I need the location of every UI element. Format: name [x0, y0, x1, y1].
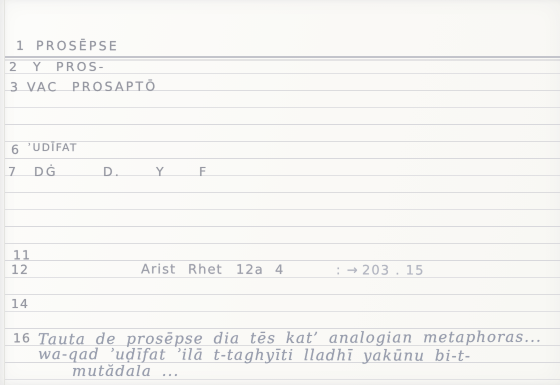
card-row-line-3: 3VACPROSAPTŌ — [0, 77, 560, 97]
card-row-line-12: 12AristRhet12a4: →203 . 15 — [0, 262, 560, 281]
line-number: 6 — [11, 142, 20, 157]
card-row-line-7: 7DĠD.YF — [0, 164, 560, 181]
line-number: 1 — [16, 38, 25, 53]
handwritten-text: D. — [103, 164, 121, 179]
handwritten-text: Y — [33, 59, 43, 74]
handwritten-text: ʾUDĪFAT — [28, 142, 78, 154]
card-row-line-14: 14 — [0, 296, 560, 313]
handwritten-text: Rhet — [188, 263, 223, 278]
card-row-line-1: 1PROSĒPSE — [0, 38, 560, 57]
card-row-line-2: 2YPROS- — [0, 59, 560, 76]
line-number: 11 — [13, 247, 31, 262]
card-row-line-16c: mutădala ... — [0, 362, 560, 379]
handwritten-text: F — [199, 164, 208, 179]
handwritten-text: PROS- — [56, 59, 106, 74]
handwritten-text: Arist — [141, 262, 176, 277]
line-number: 2 — [9, 59, 18, 74]
handwritten-text: : → — [336, 263, 359, 278]
line-number: 12 — [11, 262, 29, 277]
handwritten-text: DĠ — [34, 164, 58, 179]
handwritten-text: mutădala ... — [72, 362, 179, 380]
handwritten-text: VAC — [27, 79, 58, 94]
line-number: 14 — [11, 296, 29, 311]
line-number: 3 — [10, 79, 19, 94]
handwritten-text: 203 . 15 — [362, 263, 425, 278]
handwritten-text: 12a — [236, 263, 264, 278]
handwritten-text: PROSAPTŌ — [72, 79, 157, 94]
line-number: 7 — [8, 164, 17, 179]
handwriting-layer: 1PROSĒPSE2YPROS-3VACPROSAPTŌ6ʾUDĪFAT7DĠD… — [0, 0, 560, 385]
index-card: 1PROSĒPSE2YPROS-3VACPROSAPTŌ6ʾUDĪFAT7DĠD… — [0, 0, 560, 385]
handwritten-text: PROSĒPSE — [36, 38, 119, 53]
handwritten-text: Y — [156, 164, 166, 179]
line-number: 16 — [13, 330, 31, 345]
card-row-line-6: 6ʾUDĪFAT — [0, 142, 560, 161]
handwritten-text: 4 — [275, 263, 284, 278]
